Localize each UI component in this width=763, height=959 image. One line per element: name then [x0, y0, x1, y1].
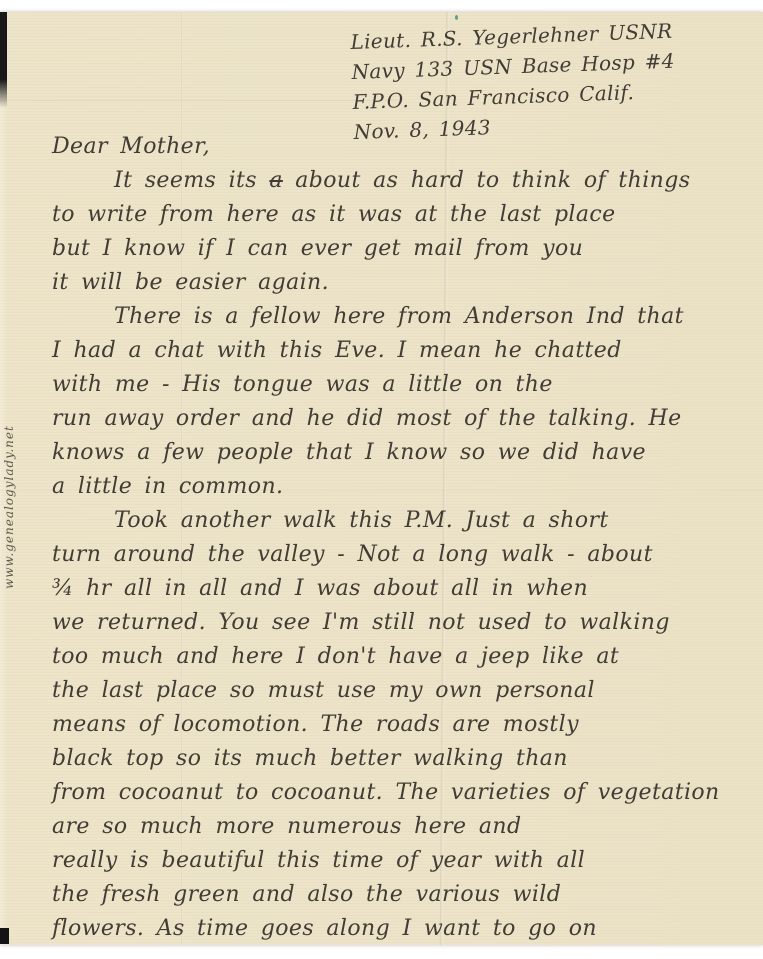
letter-header: Lieut. R.S. Yegerlehner USNRNavy 133 USN…	[350, 13, 754, 147]
letter-line: it will be easier again.	[52, 266, 746, 300]
letter-line: too much and here I don't have a jeep li…	[52, 640, 746, 674]
letter-body: Dear Mother, It seems its a about as har…	[52, 130, 746, 946]
letter-line: There is a fellow here from Anderson Ind…	[52, 300, 746, 334]
paper-edge-shadow	[0, 12, 7, 108]
letter-line: the last place so must use my own person…	[52, 674, 746, 708]
letter-line: really is beautiful this time of year wi…	[52, 844, 746, 878]
letter-line: a little in common.	[52, 470, 746, 504]
letter-line: flowers. As time goes along I want to go…	[52, 912, 746, 946]
salutation: Dear Mother,	[52, 130, 746, 164]
letter-line: black top so its much better walking tha…	[52, 742, 746, 776]
letter-line: turn around the valley - Not a long walk…	[52, 538, 746, 572]
line-text: It seems its	[114, 168, 269, 193]
letter-line: with me - His tongue was a little on the	[52, 368, 746, 402]
watermark: www.genealogylady.net	[2, 384, 16, 589]
letter-line: run away order and he did most of the ta…	[52, 402, 746, 436]
fold-crease-horizontal	[0, 100, 397, 102]
line-text: about as hard to think of things	[283, 168, 691, 193]
letter-line: to write from here as it was at the last…	[52, 198, 746, 232]
paper-edge-mark	[0, 928, 9, 944]
struck-word: a	[269, 168, 283, 193]
letter-line: It seems its a about as hard to think of…	[52, 164, 746, 198]
letter-line: ¾ hr all in all and I was about all in w…	[52, 572, 746, 606]
letter-line: but I know if I can ever get mail from y…	[52, 232, 746, 266]
letter-paper: www.genealogylady.net Lieut. R.S. Yegerl…	[0, 12, 763, 945]
paper-speck	[455, 15, 458, 20]
letter-line: are so much more numerous here and	[52, 810, 746, 844]
scanned-letter: www.genealogylady.net Lieut. R.S. Yegerl…	[0, 0, 763, 959]
letter-line: we returned. You see I'm still not used …	[52, 606, 746, 640]
letter-line: I had a chat with this Eve. I mean he ch…	[52, 334, 746, 368]
letter-line: means of locomotion. The roads are mostl…	[52, 708, 746, 742]
letter-line: knows a few people that I know so we did…	[52, 436, 746, 470]
letter-line: the fresh green and also the various wil…	[52, 878, 746, 912]
letter-line: Took another walk this P.M. Just a short	[52, 504, 746, 538]
letter-lines: It seems its a about as hard to think of…	[52, 164, 746, 946]
letter-line: from cocoanut to cocoanut. The varieties…	[52, 776, 746, 810]
